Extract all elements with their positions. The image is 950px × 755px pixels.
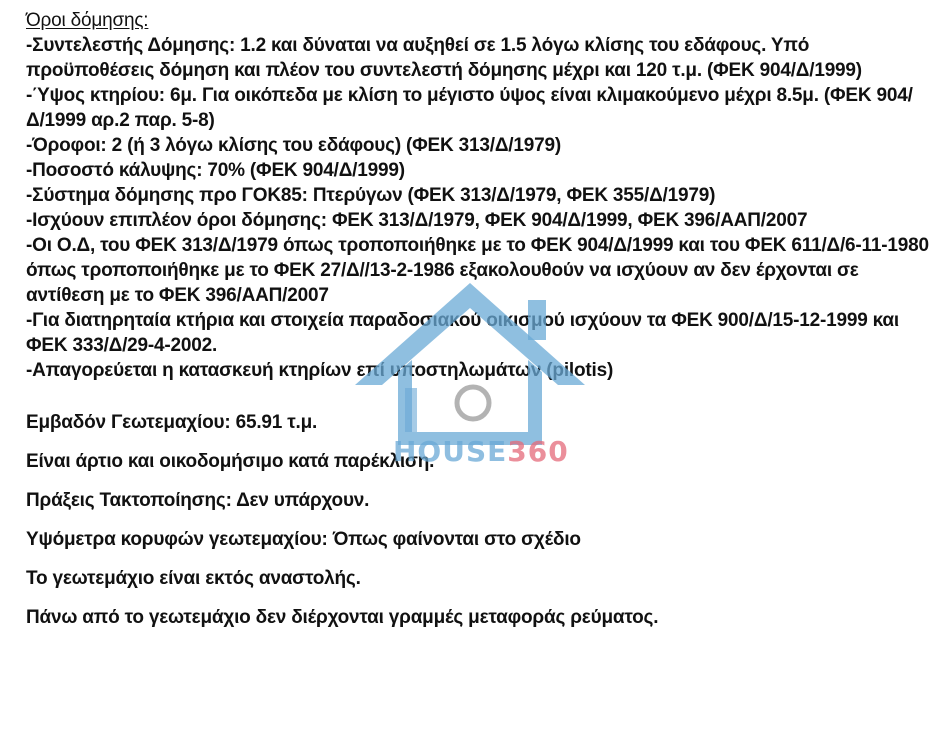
term-additional-terms: -Ισχύουν επιπλέον όροι δόμησης: ΦΕΚ 313/… [26,208,936,233]
term-building-height: -Ύψος κτηρίου: 6μ. Για οικόπεδα με κλίση… [26,83,936,133]
fact-power-lines: Πάνω από το γεωτεμάχιο δεν διέρχονται γρ… [26,605,936,630]
term-pilotis-prohibition: -Απαγορεύεται η κατασκευή κτηρίων επί υπ… [26,358,936,383]
building-terms-section: Όροι δόμησης: -Συντελεστής Δόμησης: 1.2 … [26,8,936,383]
term-amendments: -Οι Ο.Δ, του ΦΕΚ 313/Δ/1979 όπως τροποπο… [26,233,936,308]
fact-buildable: Είναι άρτιο και οικοδομήσιμο κατά παρέκλ… [26,449,936,474]
term-coverage-ratio: -Ποσοστό κάλυψης: 70% (ΦΕΚ 904/Δ/1999) [26,158,936,183]
fact-regularization: Πράξεις Τακτοποίησης: Δεν υπάρχουν. [26,488,936,513]
document-page: Όροι δόμησης: -Συντελεστής Δόμησης: 1.2 … [26,8,936,644]
terms-title: Όροι δόμησης: [26,8,936,33]
fact-plot-area: Εμβαδόν Γεωτεμαχίου: 65.91 τ.μ. [26,410,936,435]
term-building-system: -Σύστημα δόμησης προ ΓΟΚ85: Πτερύγων (ΦΕ… [26,183,936,208]
term-building-coefficient: -Συντελεστής Δόμησης: 1.2 και δύναται να… [26,33,936,83]
fact-elevations: Υψόμετρα κορυφών γεωτεμαχίου: Όπως φαίνο… [26,527,936,552]
term-listed-buildings: -Για διατηρηταία κτήρια και στοιχεία παρ… [26,308,936,358]
plot-facts-section: Εμβαδόν Γεωτεμαχίου: 65.91 τ.μ. Είναι άρ… [26,410,936,630]
fact-suspension: Το γεωτεμάχιο είναι εκτός αναστολής. [26,566,936,591]
term-floors: -Όροφοι: 2 (ή 3 λόγω κλίσης του εδάφους)… [26,133,936,158]
